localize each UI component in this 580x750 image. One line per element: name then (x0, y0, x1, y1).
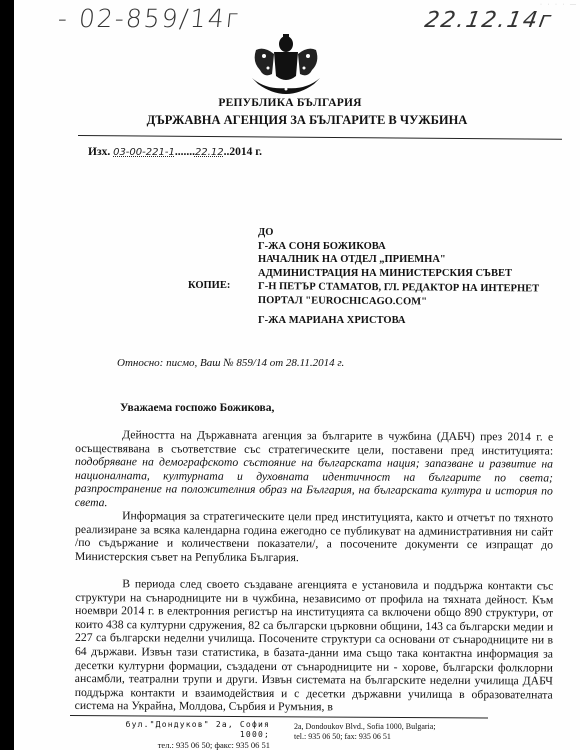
copies-block: Г-Н ПЕТЪР СТАМАТОВ, ГЛ. РЕДАКТОР НА ИНТЕ… (258, 280, 539, 309)
footer-phone-bg: тел.: 935 06 50; факс: 935 06 51 (110, 740, 270, 750)
footer-address-en: 2a, Dondoukov Blvd., Sofia 1000, Bulgari… (294, 722, 436, 742)
footer-address-en-line1: 2a, Dondoukov Blvd., Sofia 1000, Bulgari… (294, 722, 436, 732)
handwritten-dash: - (56, 4, 70, 33)
handwritten-number: 02-859/14г (78, 4, 242, 33)
strategic-goals-text: подобряване на демографското състояние н… (75, 455, 553, 509)
bulgarian-coat-of-arms-icon (246, 34, 326, 96)
reference-year: ..2014 г. (224, 146, 262, 158)
body-paragraph-1: Дейността на Държавната агенция за бълга… (75, 428, 553, 512)
footer-address-bg-line1: бул."Дондуков" 2а, София 1000; (110, 720, 270, 740)
recipient-organization: АДМИНИСТРАЦИЯ НА МИНИСТЕРСКИЯ СЪВЕТ (258, 267, 512, 281)
header-country: РЕПУБЛИКА БЪЛГАРИЯ (0, 97, 580, 109)
reference-number: 03-00-221-1 (113, 147, 175, 158)
reference-dots: ....... (175, 146, 195, 158)
body-paragraph-2: Информация за стратегическите цели пред … (75, 509, 553, 566)
subject-line: Относно: писмо, Ваш № 859/14 от 28.11.20… (117, 357, 344, 369)
outgoing-reference: Изх. 03-00-221-1.......22.12..2014 г. (88, 146, 262, 158)
footer-phone-en: tel.: 935 06 50; fax: 935 06 51 (294, 732, 436, 742)
recipient-block: ДО Г-ЖА СОНЯ БОЖИКОВА НАЧАЛНИК НА ОТДЕЛ … (258, 226, 512, 280)
copy-recipient-line: ПОРТАЛ "EUROCHICAGO.COM" (258, 294, 539, 310)
paragraph-text: Дейността на Държавната агенция за бълга… (75, 428, 553, 457)
copy-recipient-second: Г-ЖА МАРИАНА ХРИСТОВА (258, 314, 406, 328)
handwritten-date: 22.12.14г (423, 8, 555, 33)
recipient-name: Г-ЖА СОНЯ БОЖИКОВА (258, 240, 512, 254)
reference-prefix: Изх. (88, 146, 110, 158)
recipient-position: НАЧАЛНИК НА ОТДЕЛ „ПРИЕМНА" (258, 253, 512, 267)
footer-address-bg: бул."Дондуков" 2а, София 1000; тел.: 935… (110, 720, 270, 750)
header-agency: ДЪРЖАВНА АГЕНЦИЯ ЗА БЪЛГАРИТЕ В ЧУЖБИНА (0, 113, 580, 128)
greeting: Уважаема госпожо Божикова, (120, 402, 274, 414)
header-divider (78, 135, 562, 140)
handwritten-registration-number: -02-859/14г (56, 4, 241, 33)
recipient-to-label: ДО (258, 226, 512, 240)
reference-date: 22.12 (195, 147, 224, 158)
footer-divider (70, 715, 488, 719)
copies-label: КОПИЕ: (188, 280, 230, 291)
body-paragraph-3: В периода след своето създаване агенцият… (75, 577, 554, 715)
